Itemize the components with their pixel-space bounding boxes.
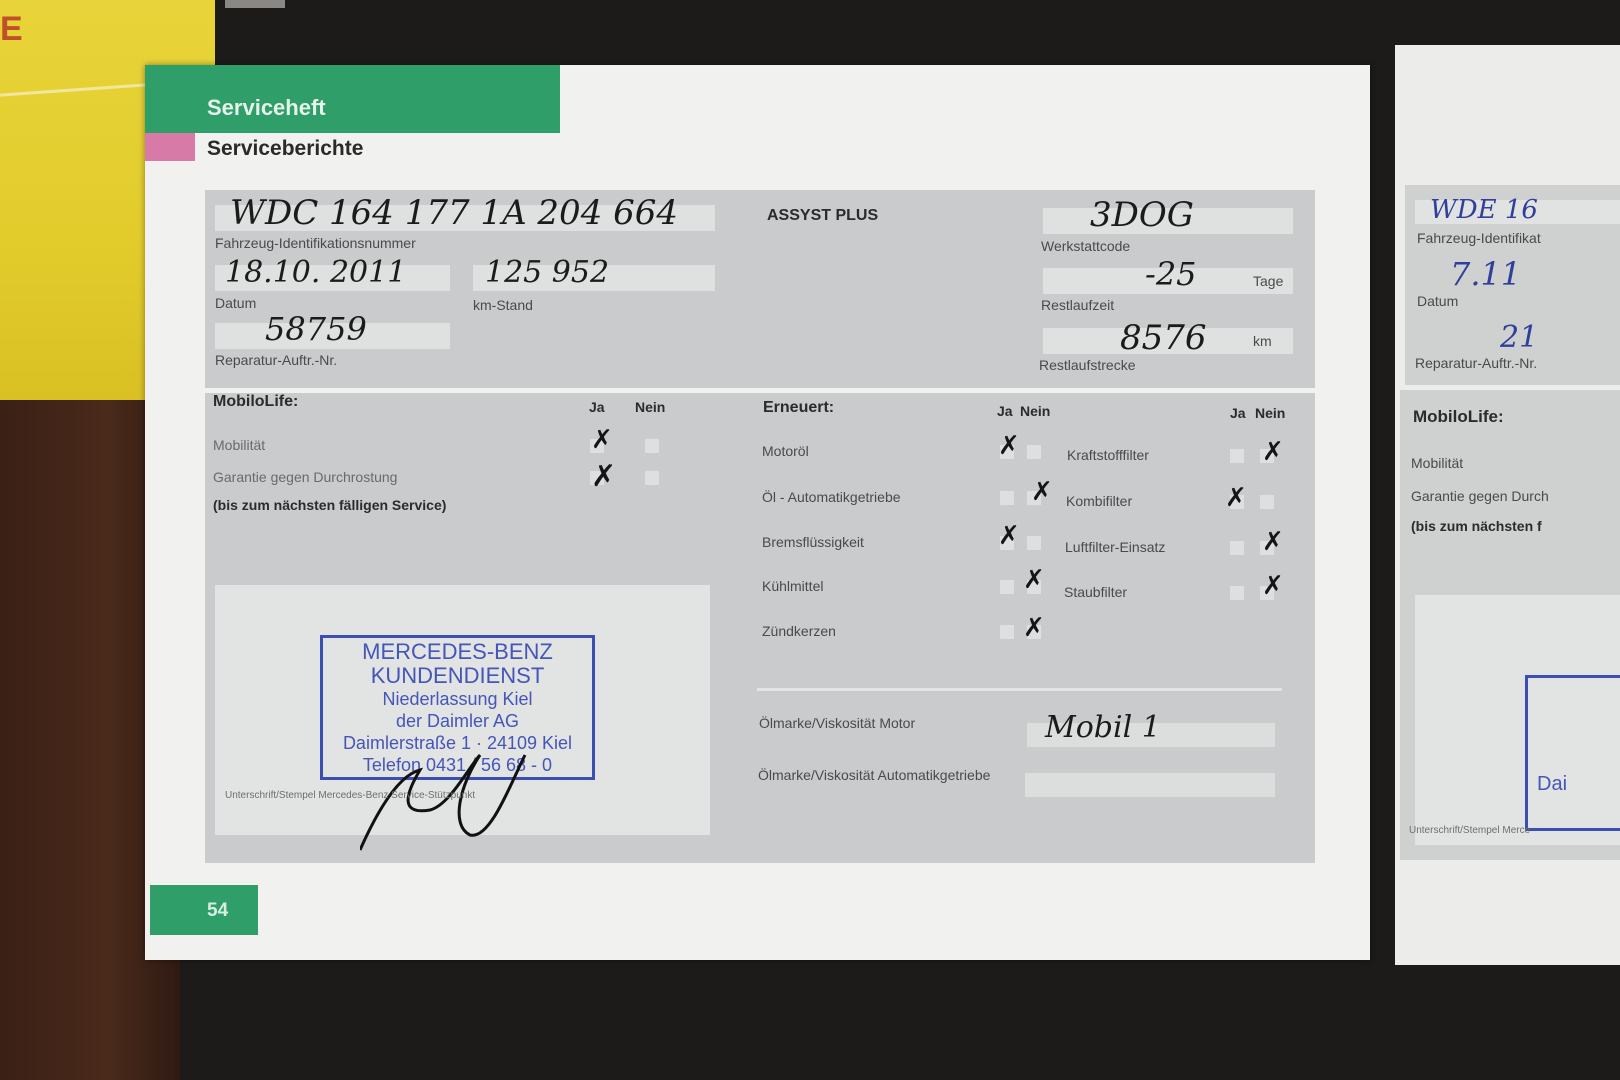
auto-gearbox-oil-label: Öl - Automatikgetriebe [762,489,901,505]
brake-fluid-label: Bremsflüssigkeit [762,534,864,550]
handwritten-signature [360,715,550,855]
divider [757,688,1282,691]
motor-oil-label: Motoröl [762,443,809,459]
renewed-col-yes-left: Ja [997,403,1013,419]
remaining-time-value: -25 [1145,255,1197,293]
background-object [225,0,285,8]
stamp-line-1: MERCEDES-BENZ [323,640,592,664]
combi-filter-no-checkbox[interactable] [1260,495,1274,509]
next-mobilolife-title: MobiloLife: [1413,407,1504,427]
auto-gearbox-oil-no-mark: ✗ [1031,477,1053,507]
folder-logo: E [0,10,25,49]
dust-filter-yes-checkbox[interactable] [1230,586,1244,600]
fuel-filter-no-mark: ✗ [1262,437,1284,467]
stamp-line-3: Niederlassung Kiel [323,688,592,710]
combi-filter-yes-mark: ✗ [1225,483,1247,513]
next-repair-value: 21 [1500,320,1538,355]
vehicle-panel: WDC 164 177 1A 204 664 Fahrzeug-Identifi… [205,190,1315,388]
spark-plugs-no-mark: ✗ [1023,613,1045,643]
guarantee-yes-mark: ✗ [591,459,616,494]
engine-oil-brand-value: Mobil 1 [1045,710,1161,745]
coolant-no-mark: ✗ [1023,565,1045,595]
mobility-label: Mobilität [213,437,265,453]
repair-label: Reparatur-Auftr.-Nr. [215,352,337,368]
repair-value: 58759 [265,310,367,348]
booklet-title: Serviceheft [207,95,326,121]
fuel-filter-label: Kraftstofffilter [1067,447,1149,463]
section-marker [145,133,195,161]
air-filter-no-mark: ✗ [1262,527,1284,557]
remaining-time-label: Restlaufzeit [1041,297,1114,313]
guarantee-no-checkbox[interactable] [645,471,659,485]
motor-oil-yes-mark: ✗ [998,431,1020,461]
auto-gearbox-oil-yes-checkbox[interactable] [1000,491,1014,505]
mobilolife-title: MobiloLife: [213,393,298,411]
vin-label: Fahrzeug-Identifikationsnummer [215,235,416,251]
combi-filter-label: Kombifilter [1066,493,1132,509]
next-stamp-text: Dai [1537,773,1567,796]
dust-filter-no-mark: ✗ [1262,571,1284,601]
signature-caption: Unterschrift/Stempel Mercedes-Benz Servi… [225,790,475,801]
next-page: WDE 16 Fahrzeug-Identifikat 7.11 Datum 2… [1395,45,1620,965]
gearbox-oil-brand-label: Ölmarke/Viskosität Automatikgetriebe [758,767,990,783]
next-note: (bis zum nächsten f [1411,518,1542,534]
next-vin-label: Fahrzeug-Identifikat [1417,230,1541,246]
page-number-tab [150,885,258,935]
next-repair-label: Reparatur-Auftr.-Nr. [1415,355,1537,371]
fuel-filter-yes-checkbox[interactable] [1230,449,1244,463]
next-vin-value: WDE 16 [1430,195,1538,225]
page-number: 54 [207,900,228,922]
assyst-title: ASSYST PLUS [767,207,878,225]
km-value: 125 952 [485,255,609,290]
engine-oil-brand-label: Ölmarke/Viskosität Motor [759,715,915,731]
next-date-value: 7.11 [1450,255,1521,293]
renewed-title: Erneuert: [763,399,834,417]
remaining-distance-value: 8576 [1120,318,1207,358]
service-booklet-page: Serviceheft Serviceberichte WDC 164 177 … [145,65,1370,960]
stamp-line-2: KUNDENDIENST [323,664,592,688]
km-label: km-Stand [473,297,533,313]
next-stamp [1525,675,1620,831]
remaining-time-unit: Tage [1253,273,1283,289]
date-value: 18.10. 2011 [225,255,406,290]
spark-plugs-yes-checkbox[interactable] [1000,625,1014,639]
date-label: Datum [215,295,256,311]
next-caption: Unterschrift/Stempel Merce [1409,825,1530,836]
dust-filter-label: Staubfilter [1064,584,1127,600]
mobilolife-col-yes: Ja [589,399,605,415]
mobilolife-note: (bis zum nächsten fälligen Service) [213,497,446,513]
mobility-no-checkbox[interactable] [645,439,659,453]
brake-fluid-yes-mark: ✗ [998,521,1020,551]
brake-fluid-no-checkbox[interactable] [1027,536,1041,550]
air-filter-yes-checkbox[interactable] [1230,541,1244,555]
workshop-label: Werkstattcode [1041,238,1130,254]
mobilolife-col-no: Nein [635,399,665,415]
spark-plugs-label: Zündkerzen [762,623,836,639]
coolant-label: Kühlmittel [762,578,823,594]
next-mobility-label: Mobilität [1411,455,1463,471]
section-title: Serviceberichte [207,137,363,161]
next-date-label: Datum [1417,293,1458,309]
air-filter-label: Luftfilter-Einsatz [1065,539,1165,555]
renewed-col-no-left: Nein [1020,403,1050,419]
renewed-col-yes-right: Ja [1230,405,1246,421]
remaining-distance-label: Restlaufstrecke [1039,357,1135,373]
renewed-col-no-right: Nein [1255,405,1285,421]
next-guarantee-label: Garantie gegen Durch [1411,488,1549,504]
coolant-yes-checkbox[interactable] [1000,580,1014,594]
remaining-distance-unit: km [1253,333,1272,349]
workshop-value: 3DOG [1090,195,1194,235]
motor-oil-no-checkbox[interactable] [1027,445,1041,459]
gearbox-oil-brand-field[interactable] [1025,773,1275,797]
guarantee-label: Garantie gegen Durchrostung [213,469,397,485]
mobility-yes-mark: ✗ [591,425,613,455]
vin-value: WDC 164 177 1A 204 664 [230,193,678,233]
